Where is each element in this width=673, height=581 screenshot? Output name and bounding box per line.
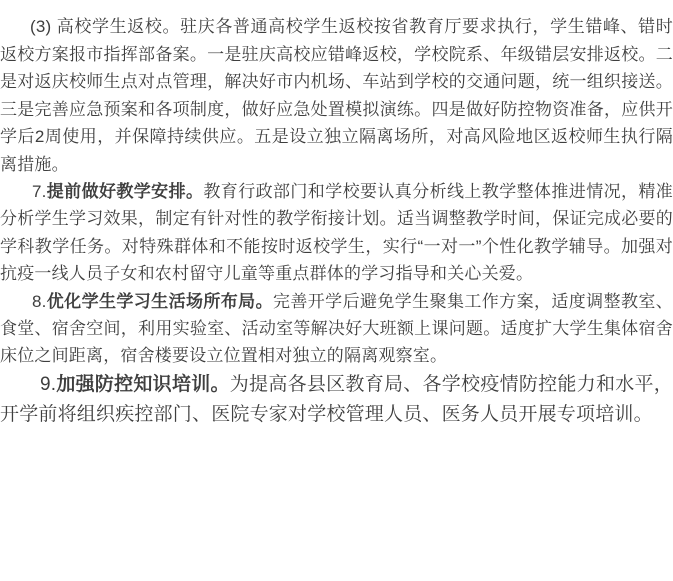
document-body: (3) 高校学生返校。驻庆各普通高校学生返校按省教育厅要求执行，学生错峰、错时返…: [0, 0, 673, 430]
item-9-heading: 加强防控知识培训。: [56, 374, 230, 395]
item-3-body: 驻庆各普通高校学生返校按省教育厅要求执行，学生错峰、错时返校方案报市指挥部备案。…: [0, 17, 673, 174]
item-7-number: 7.: [32, 182, 47, 201]
item-8-number: 8.: [32, 292, 47, 311]
item-8-heading: 优化学生学习生活场所布局。: [47, 292, 273, 311]
item-3-number: (3): [30, 17, 57, 36]
item-3-heading: 高校学生返校。: [57, 17, 180, 36]
paragraph-item-9: 9.加强防控知识培训。为提高各县区教育局、各学校疫情防控能力和水平，开学前将组织…: [0, 370, 673, 430]
item-9-number: 9.: [40, 374, 56, 395]
paragraph-item-3: (3) 高校学生返校。驻庆各普通高校学生返校按省教育厅要求执行，学生错峰、错时返…: [0, 13, 673, 178]
paragraph-item-8: 8.优化学生学习生活场所布局。完善开学后避免学生聚集工作方案，适度调整教室、食堂…: [0, 288, 673, 370]
paragraph-item-7: 7.提前做好教学安排。教育行政部门和学校要认真分析线上教学整体推进情况，精准分析…: [0, 178, 673, 288]
item-7-heading: 提前做好教学安排。: [47, 182, 204, 201]
